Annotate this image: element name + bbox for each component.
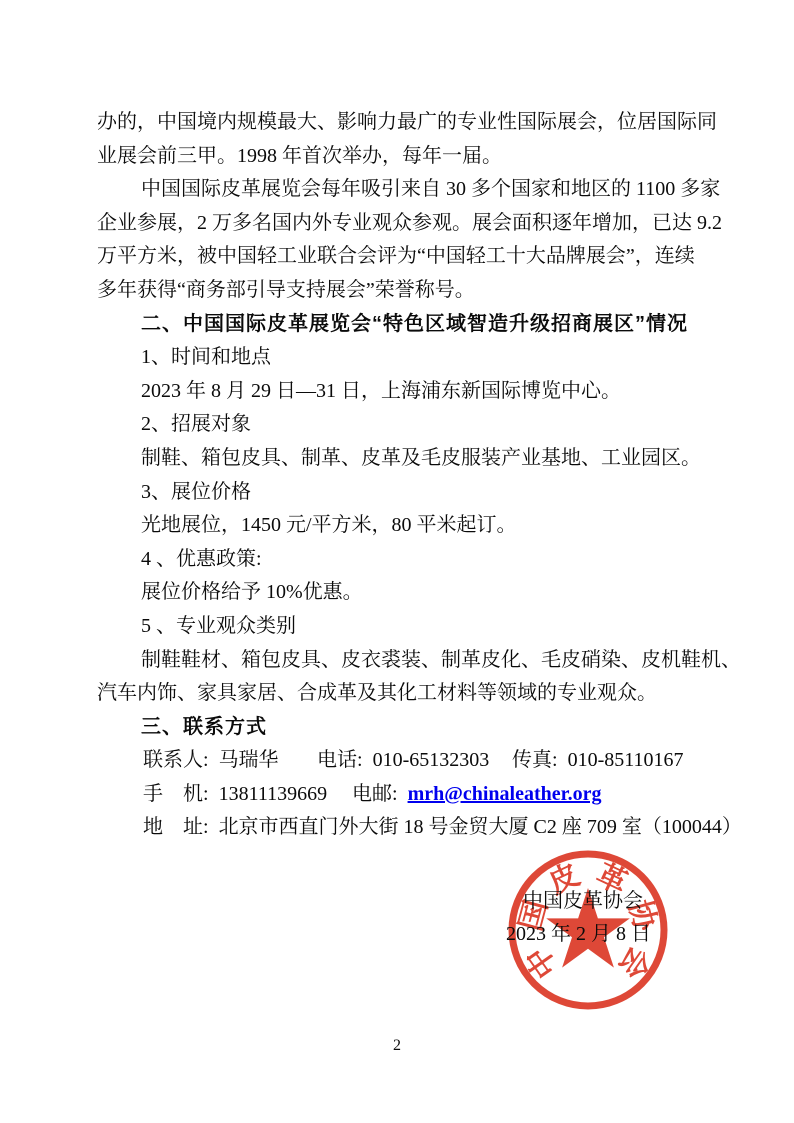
item-5-text-line: 制鞋鞋材、箱包皮具、皮衣裘装、制革皮化、毛皮硝染、皮机鞋机、 bbox=[97, 644, 713, 678]
page-number: 2 bbox=[0, 1037, 794, 1055]
item-4-label: 4 、优惠政策: bbox=[97, 543, 713, 577]
contact-person: 联系人:马瑞华 bbox=[143, 744, 279, 778]
email-label: 电邮: bbox=[352, 783, 398, 805]
fax-value: 010-85110167 bbox=[558, 749, 684, 771]
phone: 电话:010-65132303 bbox=[317, 744, 489, 778]
phone-value: 010-65132303 bbox=[363, 749, 490, 771]
contact-row-2: 手 机:13811139669 电邮:mrh@chinaleather.org bbox=[97, 778, 713, 812]
item-2-label: 2、招展对象 bbox=[97, 408, 713, 442]
mobile-label: 手 机: bbox=[143, 783, 209, 805]
email-link[interactable]: mrh@chinaleather.org bbox=[398, 783, 602, 805]
body-text-line: 中国国际皮革展览会每年吸引来自 30 多个国家和地区的 1100 多家 bbox=[97, 173, 713, 207]
item-5-label: 5 、专业观众类别 bbox=[97, 610, 713, 644]
item-1-label: 1、时间和地点 bbox=[97, 341, 713, 375]
body-text-line: 业展会前三甲。1998 年首次举办，每年一届。 bbox=[97, 140, 713, 174]
contact-row-1: 联系人:马瑞华 电话:010-65132303 传真:010-85110167 bbox=[97, 744, 713, 778]
signature-organization: 中国皮革协会 bbox=[523, 884, 643, 913]
signature-date: 2023 年 2 月 8 日 bbox=[506, 917, 651, 946]
fax: 传真:010-85110167 bbox=[512, 744, 683, 778]
item-2-text: 制鞋、箱包皮具、制革、皮革及毛皮服装产业基地、工业园区。 bbox=[97, 442, 713, 476]
contact-person-value: 马瑞华 bbox=[209, 749, 279, 771]
item-5-text-line: 汽车内饰、家具家居、合成革及其化工材料等领域的专业观众。 bbox=[97, 677, 713, 711]
phone-label: 电话: bbox=[317, 749, 363, 771]
item-3-text: 光地展位，1450 元/平方米，80 平米起订。 bbox=[97, 509, 713, 543]
mobile-value: 13811139669 bbox=[209, 783, 328, 805]
contact-row-3: 地 址:北京市西直门外大街 18 号金贸大厦 C2 座 709 室（100044… bbox=[97, 811, 713, 845]
address: 地 址:北京市西直门外大街 18 号金贸大厦 C2 座 709 室（100044… bbox=[143, 811, 742, 845]
body-text-line: 多年获得“商务部引导支持展会”荣誉称号。 bbox=[97, 274, 713, 308]
mobile: 手 机:13811139669 bbox=[143, 778, 327, 812]
item-4-text: 展位价格给予 10%优惠。 bbox=[97, 576, 713, 610]
fax-label: 传真: bbox=[512, 749, 558, 771]
email: 电邮:mrh@chinaleather.org bbox=[352, 778, 602, 812]
body-text-line: 企业参展，2 万多名国内外专业观众参观。展会面积逐年增加，已达 9.2 bbox=[97, 207, 713, 241]
section-3-heading: 三、联系方式 bbox=[97, 711, 713, 745]
item-1-text: 2023 年 8 月 29 日—31 日，上海浦东新国际博览中心。 bbox=[97, 375, 713, 409]
document-body: 办的，中国境内规模最大、影响力最广的专业性国际展会，位居国际同 业展会前三甲。1… bbox=[97, 106, 713, 845]
document-page: 办的，中国境内规模最大、影响力最广的专业性国际展会，位居国际同 业展会前三甲。1… bbox=[0, 0, 794, 1123]
address-value: 北京市西直门外大街 18 号金贸大厦 C2 座 709 室（100044） bbox=[209, 816, 742, 838]
item-3-label: 3、展位价格 bbox=[97, 476, 713, 510]
body-text-line: 万平方米，被中国轻工业联合会评为“中国轻工十大品牌展会”，连续 bbox=[97, 240, 713, 274]
contact-person-label: 联系人: bbox=[143, 749, 209, 771]
address-label: 地 址: bbox=[143, 816, 209, 838]
body-text-line: 办的，中国境内规模最大、影响力最广的专业性国际展会，位居国际同 bbox=[97, 106, 713, 140]
section-2-heading: 二、中国国际皮革展览会“特色区域智造升级招商展区”情况 bbox=[97, 308, 713, 342]
